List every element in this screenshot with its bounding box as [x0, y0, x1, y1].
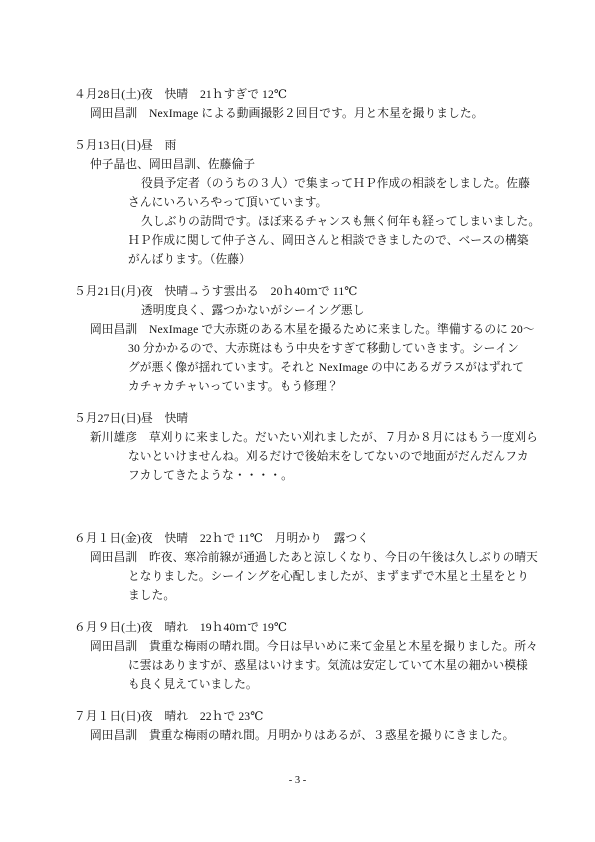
log-line-name: 仲子晶也、岡田昌訓、佐藤倫子 — [74, 155, 529, 174]
log-line-body: カチャカチャいっています。もう修理？ — [74, 377, 529, 396]
log-line-date: ６月１日(金)夜 快晴 22ｈで 11℃ 月明かり 露つく — [74, 529, 529, 548]
log-entries: ４月28日(土)夜 快晴 21ｈすぎで 12℃岡田昌訓 NexImage による… — [74, 85, 529, 758]
log-line-body: ました。 — [74, 586, 529, 605]
log-line-body: ＨＰ作成に関して仲子さん、岡田さんと相談できましたので、ベースの構築 — [74, 231, 529, 250]
log-line-body: さんにいろいろやって頂いています。 — [74, 193, 529, 212]
document-page: ４月28日(土)夜 快晴 21ｈすぎで 12℃岡田昌訓 NexImage による… — [0, 0, 595, 842]
blank-line — [74, 498, 529, 529]
log-entry: ５月27日(日)昼 快晴新川雄彦 草刈りに来ました。だいたい刈れましたが、７月か… — [74, 409, 529, 485]
log-line-name: 岡田昌訓 NexImage で大赤斑のある木星を撮るために来ました。準備するのに… — [74, 320, 529, 339]
log-line-date: ６月９日(土)夜 晴れ 19ｈ40ｍで 19℃ — [74, 618, 529, 637]
log-line-body: となりました。シーイングを心配しましたが、まずまずで木星と土星をとり — [74, 567, 529, 586]
log-line-body: 30 分かかるので、大赤斑はもう中央をすぎて移動していきます。シーイン — [74, 339, 529, 358]
log-line-name: 岡田昌訓 貴重な梅雨の晴れ間。今日は早いめに来て金星と木星を撮りました。所々 — [74, 637, 529, 656]
log-line-body: に雲はありますが、惑星はいけます。気流は安定していて木星の細かい模様 — [74, 656, 529, 675]
log-line-indent2: 久しぶりの訪問です。ほぼ来るチャンスも無く何年も経ってしまいました。 — [74, 212, 529, 231]
log-line-name: 岡田昌訓 貴重な梅雨の晴れ間。月明かりはあるが、３惑星を撮りにきました。 — [74, 726, 529, 745]
log-line-body: も良く見えていました。 — [74, 675, 529, 694]
log-entry: ５月21日(月)夜 快晴→うす雲出る 20ｈ40ｍで 11℃透明度良く、露つかな… — [74, 282, 529, 396]
log-line-body: ないといけませんね。刈るだけで後始末をしてないので地面がだんだんフカ — [74, 447, 529, 466]
log-entry: ５月13日(日)昼 雨仲子晶也、岡田昌訓、佐藤倫子役員予定者（のうちの３人）で集… — [74, 136, 529, 269]
log-line-name: 岡田昌訓 昨夜、寒冷前線が通過したあと涼しくなり、今日の午後は久しぶりの晴天 — [74, 548, 529, 567]
log-entry: ６月９日(土)夜 晴れ 19ｈ40ｍで 19℃岡田昌訓 貴重な梅雨の晴れ間。今日… — [74, 618, 529, 694]
log-line-name: 新川雄彦 草刈りに来ました。だいたい刈れましたが、７月か８月にはもう一度刈ら — [74, 428, 529, 447]
log-line-indent2: 透明度良く、露つかないがシーイング悪し — [74, 301, 529, 320]
log-line-body: がんばります。（佐藤） — [74, 250, 529, 269]
log-line-body: フカしてきたような・・・・。 — [74, 466, 529, 485]
log-line-indent2: 役員予定者（のうちの３人）で集まってＨＰ作成の相談をしました。佐藤 — [74, 174, 529, 193]
log-line-body: グが悪く像が揺れています。それと NexImage の中にあるガラスがはずれて — [74, 358, 529, 377]
log-entry: ７月１日(日)夜 晴れ 22ｈで 23℃岡田昌訓 貴重な梅雨の晴れ間。月明かりは… — [74, 707, 529, 745]
log-line-date: ５月21日(月)夜 快晴→うす雲出る 20ｈ40ｍで 11℃ — [74, 282, 529, 301]
log-entry: ４月28日(土)夜 快晴 21ｈすぎで 12℃岡田昌訓 NexImage による… — [74, 85, 529, 123]
log-entry: ６月１日(金)夜 快晴 22ｈで 11℃ 月明かり 露つく岡田昌訓 昨夜、寒冷前… — [74, 529, 529, 605]
log-line-date: ７月１日(日)夜 晴れ 22ｈで 23℃ — [74, 707, 529, 726]
page-number: - 3 - — [0, 774, 595, 788]
log-line-date: ５月27日(日)昼 快晴 — [74, 409, 529, 428]
log-line-name: 岡田昌訓 NexImage による動画撮影２回目です。月と木星を撮りました。 — [74, 104, 529, 123]
log-line-date: ５月13日(日)昼 雨 — [74, 136, 529, 155]
log-line-date: ４月28日(土)夜 快晴 21ｈすぎで 12℃ — [74, 85, 529, 104]
